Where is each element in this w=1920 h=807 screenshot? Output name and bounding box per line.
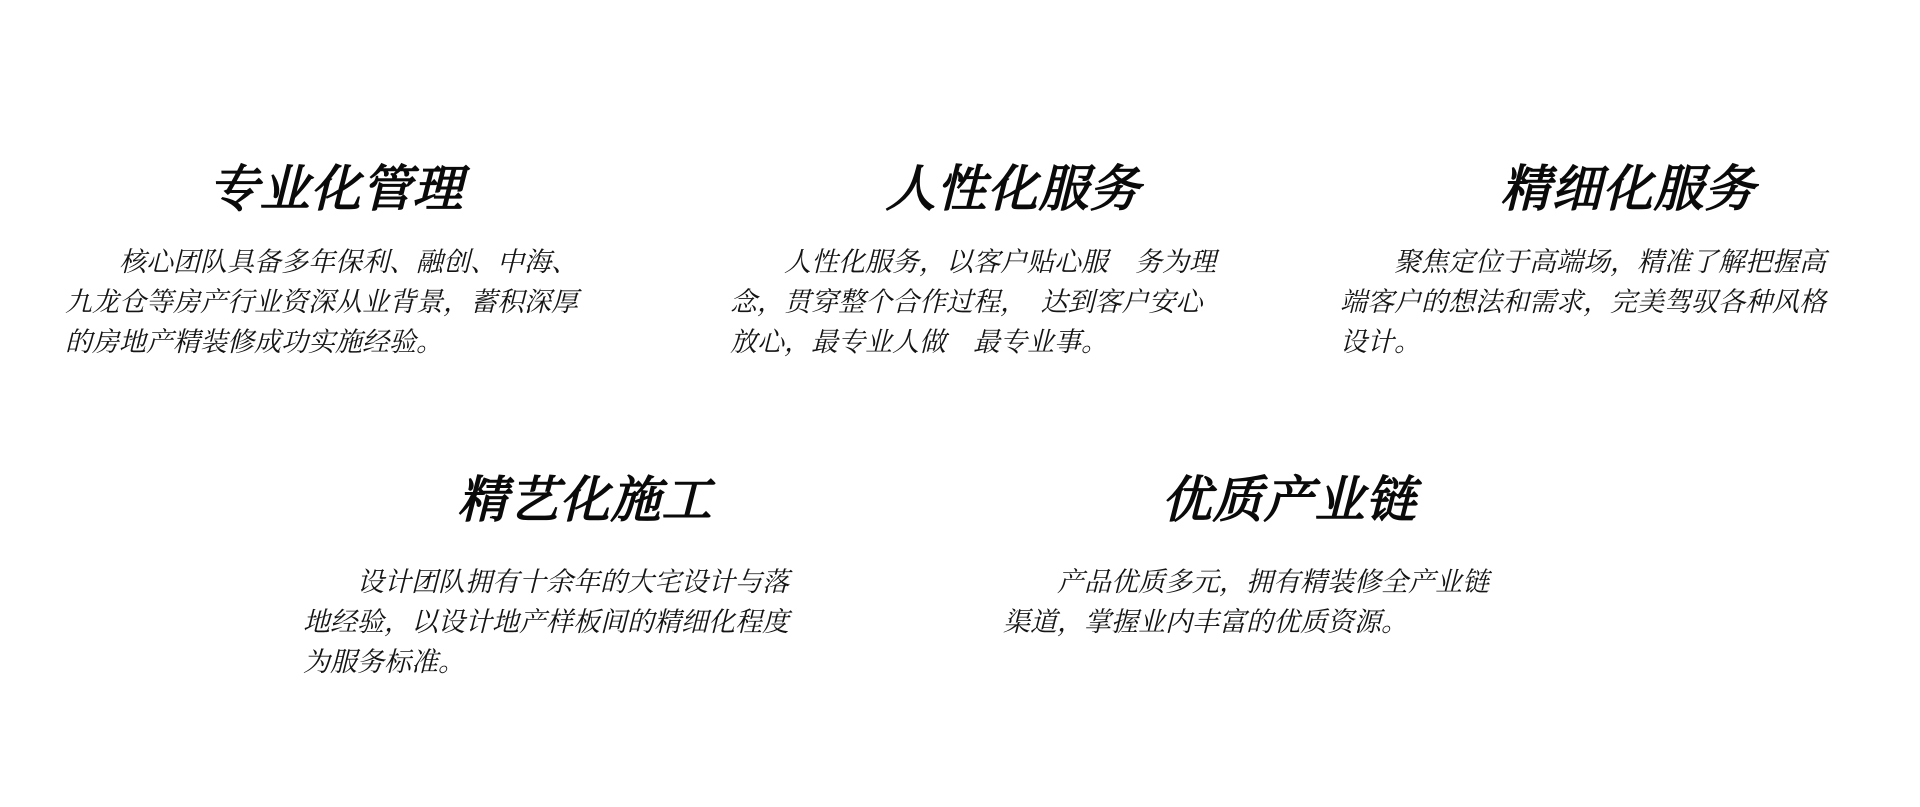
company-advantages-section: 专业化管理 核心团队具备多年保利、融创、中海、九龙仓等房产行业资深从业背景，蓄积… [0,0,1920,807]
advantage-body-craftsmanship-construction: 设计团队拥有十余年的大宅设计与落地经验，以设计地产样板间的精细化程度为服务标准。 [303,562,798,682]
advantage-title-quality-industry-chain: 优质产业链 [1119,471,1459,529]
advantage-body-professional-management: 核心团队具备多年保利、融创、中海、九龙仓等房产行业资深从业背景，蓄积深厚的房地产… [65,242,583,362]
advantage-title-craftsmanship-construction: 精艺化施工 [415,471,755,529]
advantage-body-humanized-service: 人性化服务，以客户贴心服 务为理念，贯穿整个合作过程， 达到客户安心放心，最专业… [730,242,1225,362]
advantage-body-quality-industry-chain: 产品优质多元，拥有精装修全产业链渠道，掌握业内丰富的优质资源。 [1003,562,1498,642]
advantage-title-professional-management: 专业化管理 [166,160,506,218]
advantage-body-refined-service: 聚焦定位于高端场，精准了解把握高端客户的想法和需求，完美驾驭各种风格设计。 [1340,242,1835,362]
advantage-title-humanized-service: 人性化服务 [843,160,1183,218]
advantage-title-refined-service: 精细化服务 [1458,160,1798,218]
